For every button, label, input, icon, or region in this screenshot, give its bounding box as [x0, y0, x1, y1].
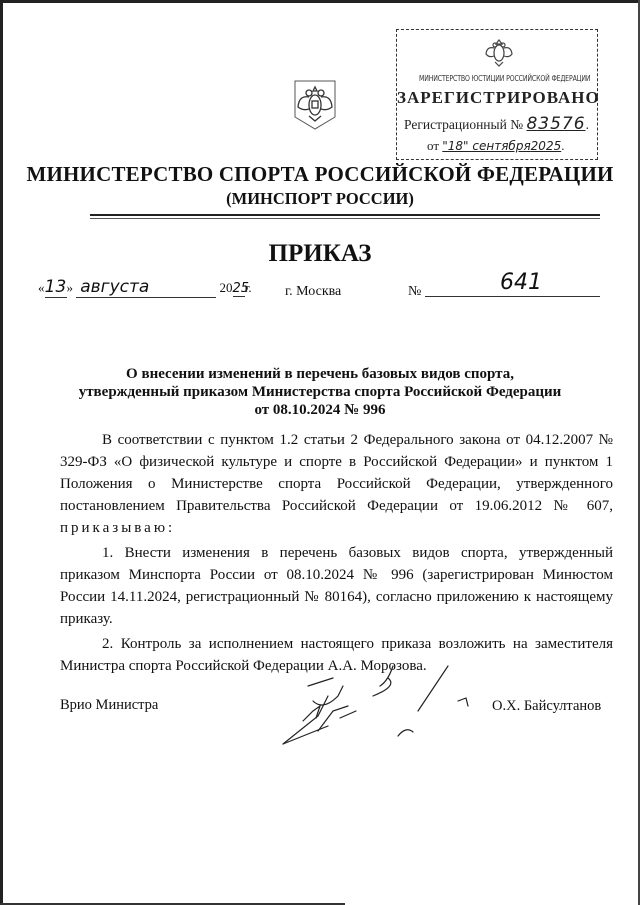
- header-divider: [90, 214, 600, 216]
- stamp-reg-label: Регистрационный №: [404, 117, 523, 132]
- subject-line-1: О внесении изменений в перечень базовых …: [60, 365, 580, 383]
- subject-line-3: от 08.10.2024 № 996: [60, 401, 580, 419]
- page-border-left: [0, 0, 3, 905]
- order-month: августа: [76, 277, 216, 298]
- signatory-role: Врио Министра: [60, 697, 158, 714]
- order-number-label: №: [408, 284, 421, 300]
- subject-line-2: утвержденный приказом Министерства спорт…: [60, 383, 580, 401]
- preamble-text: В соответствии с пунктом 1.2 статьи 2 Фе…: [60, 432, 613, 514]
- stamp-date-handwritten: "18" сентября: [442, 139, 530, 153]
- ministry-short-name: (МИНСПОРТ РОССИИ): [0, 189, 640, 209]
- stamp-coat-of-arms-icon: [483, 36, 515, 68]
- stamp-date-suffix: .: [561, 138, 564, 153]
- stamp-reg-number-value: 83576: [526, 114, 585, 134]
- order-item-1: 1. Внести изменения в перечень базовых в…: [60, 542, 613, 630]
- document-type-title: ПРИКАЗ: [0, 240, 640, 268]
- order-number: 641: [500, 270, 542, 295]
- stamp-status: ЗАРЕГИСТРИРОВАНО: [397, 88, 597, 108]
- stamp-date-year: 2025: [531, 139, 562, 153]
- order-number-field: 641: [425, 270, 600, 297]
- order-year-suffix: 25: [233, 281, 245, 297]
- coat-of-arms-icon: [293, 79, 337, 131]
- signatory-name: О.Х. Байсултанов: [492, 698, 601, 715]
- preamble-paragraph: В соответствии с пунктом 1.2 статьи 2 Фе…: [60, 429, 613, 539]
- stamp-registration-number: Регистрационный № 83576.: [404, 114, 589, 134]
- order-body: В соответствии с пунктом 1.2 статьи 2 Фе…: [60, 429, 613, 677]
- order-day: 13: [45, 277, 67, 298]
- order-year-unit: г.: [245, 280, 252, 295]
- stamp-date-prefix: от: [427, 138, 439, 153]
- quote-close: »: [67, 280, 74, 295]
- registration-stamp: МИНИСТЕРСТВО ЮСТИЦИИ РОССИЙСКОЙ ФЕДЕРАЦИ…: [396, 29, 598, 160]
- order-subject: О внесении изменений в перечень базовых …: [60, 365, 580, 419]
- page-border-top: [0, 0, 640, 3]
- stamp-date: от "18" сентября2025.: [427, 138, 564, 154]
- order-city: г. Москва: [285, 284, 341, 300]
- ministry-title: МИНИСТЕРСТВО СПОРТА РОССИЙСКОЙ ФЕДЕРАЦИИ: [0, 162, 640, 187]
- order-date: «13» августа 2025г.: [38, 277, 252, 298]
- header-divider-thin: [90, 218, 600, 219]
- order-word: приказываю:: [60, 520, 175, 536]
- order-year-prefix: 20: [220, 280, 233, 295]
- handwritten-signature: [278, 656, 488, 756]
- stamp-ministry-name: МИНИСТЕРСТВО ЮСТИЦИИ РОССИЙСКОЙ ФЕДЕРАЦИ…: [419, 74, 575, 83]
